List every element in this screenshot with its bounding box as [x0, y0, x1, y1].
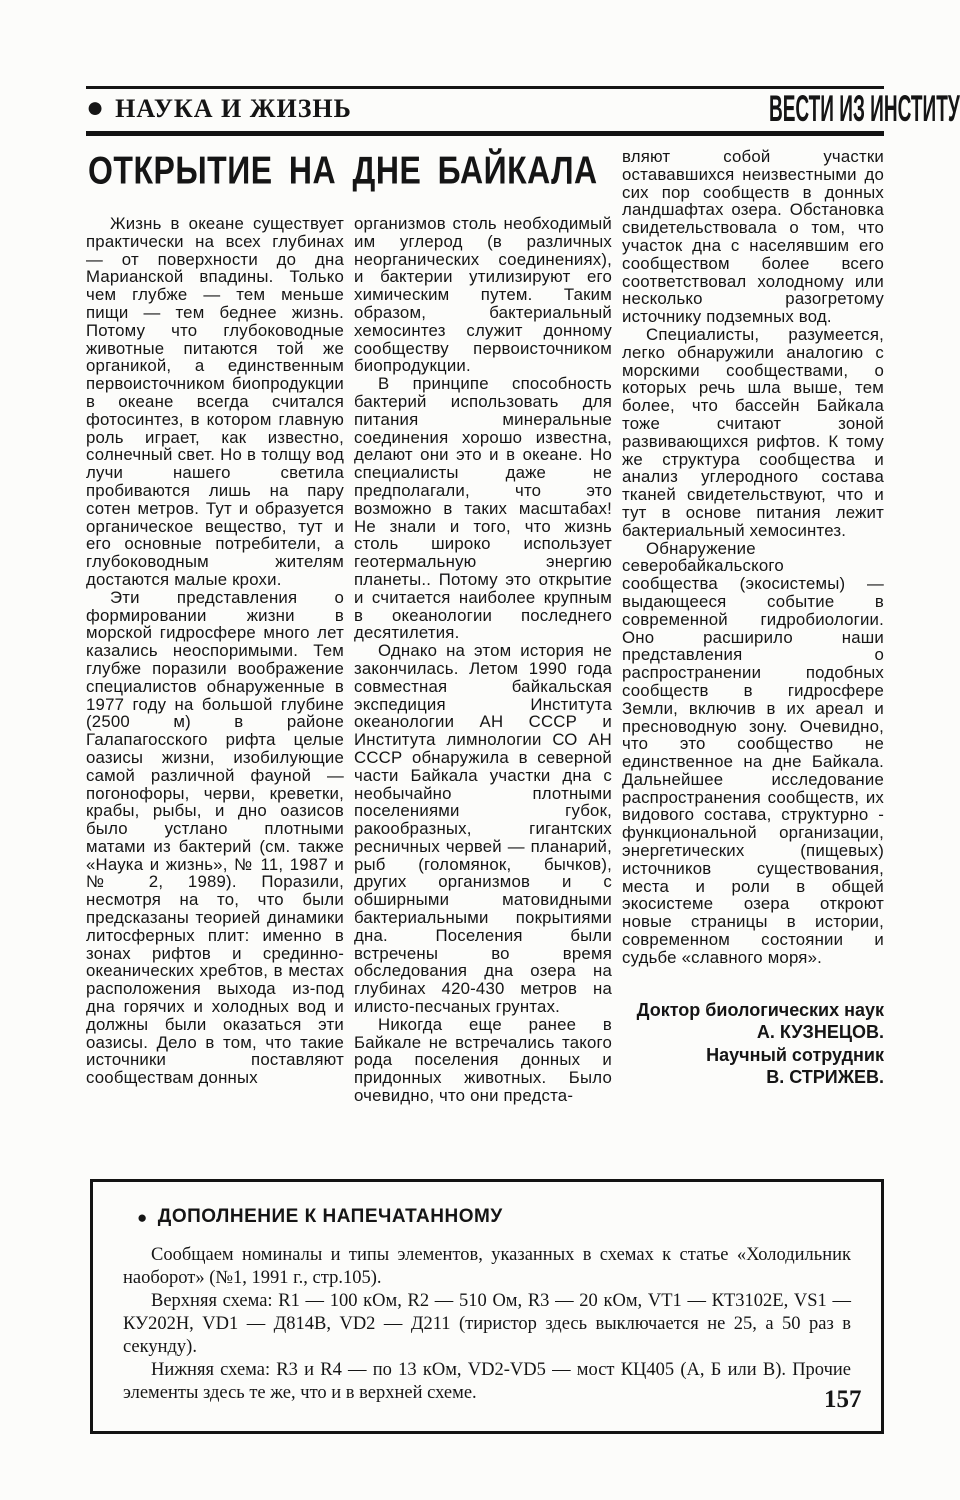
byline-title: Научный сотрудник	[622, 1044, 884, 1067]
paragraph: Однако на этом история не закончилась. Л…	[354, 642, 612, 1016]
addendum-box: ● ДОПОЛНЕНИЕ К НАПЕЧАТАННОМУ Сообщаем но…	[90, 1179, 884, 1434]
section-banner-label: ВЕСТИ ИЗ ИНСТИТУТОВ, ЛАБОРАТОРИЙ, ЭКСПЕД…	[769, 88, 960, 130]
article-column-1: Жизнь в океане существует практически на…	[86, 215, 344, 1105]
byline: Доктор биологических наук А. КУЗНЕЦОВ. Н…	[622, 999, 884, 1089]
magazine-page: ● НАУКА И ЖИЗНЬ ВЕСТИ ИЗ ИНСТИТУТОВ, ЛАБ…	[0, 0, 960, 1500]
paragraph: Эти представления о формировании жизни в…	[86, 589, 344, 1087]
addendum-title-label: ДОПОЛНЕНИЕ К НАПЕЧАТАННОМУ	[158, 1206, 503, 1228]
paragraph: Обнаружение северобайкальского сообществ…	[622, 540, 884, 967]
article-column-3: вляют собой участки остававшихся неизвес…	[622, 148, 884, 1105]
article-column-2: организмов столь необходимый им углерод …	[354, 215, 612, 1105]
paragraph: Никогда еще ранее в Байкале не встречали…	[354, 1016, 612, 1105]
article-title: ОТКРЫТИЕ НА ДНЕ БАЙКАЛА	[88, 148, 612, 193]
byline-author: В. СТРИЖЕВ.	[622, 1066, 884, 1089]
byline-title: Доктор биологических наук	[622, 999, 884, 1022]
magazine-name-label: НАУКА И ЖИЗНЬ	[115, 94, 352, 124]
section-banner: ВЕСТИ ИЗ ИНСТИТУТОВ, ЛАБОРАТОРИЙ, ЭКСПЕД…	[352, 90, 960, 129]
paragraph: Специалисты, разумеется, легко обнаружил…	[622, 326, 884, 540]
paragraph: Жизнь в океане существует практически на…	[86, 215, 344, 589]
addendum-paragraph: Нижняя схема: R3 и R4 — по 13 кОм, VD2-V…	[123, 1359, 851, 1405]
article-left-block: ОТКРЫТИЕ НА ДНЕ БАЙКАЛА Жизнь в океане с…	[86, 148, 612, 1105]
header-bottom-rule	[86, 131, 884, 136]
addendum-title: ● ДОПОЛНЕНИЕ К НАПЕЧАТАННОМУ	[137, 1206, 851, 1228]
addendum-paragraph: Сообщаем номиналы и типы элементов, указ…	[123, 1244, 851, 1290]
addendum-paragraph: Верхняя схема: R1 — 100 кОм, R2 — 510 Ом…	[123, 1290, 851, 1359]
paragraph: В принципе способность бактерий использо…	[354, 375, 612, 642]
addendum-bullet-icon: ●	[137, 1209, 148, 1226]
page-number: 157	[824, 1386, 862, 1414]
page-header: ● НАУКА И ЖИЗНЬ ВЕСТИ ИЗ ИНСТИТУТОВ, ЛАБ…	[86, 88, 884, 130]
byline-author: А. КУЗНЕЦОВ.	[622, 1021, 884, 1044]
magazine-name: ● НАУКА И ЖИЗНЬ	[86, 94, 352, 124]
magazine-bullet-icon: ●	[86, 93, 105, 123]
paragraph: организмов столь необходимый им углерод …	[354, 215, 612, 375]
article: ОТКРЫТИЕ НА ДНЕ БАЙКАЛА Жизнь в океане с…	[86, 148, 884, 1105]
paragraph: вляют собой участки остававшихся неизвес…	[622, 148, 884, 326]
article-columns-1-2: Жизнь в океане существует практически на…	[86, 215, 612, 1105]
